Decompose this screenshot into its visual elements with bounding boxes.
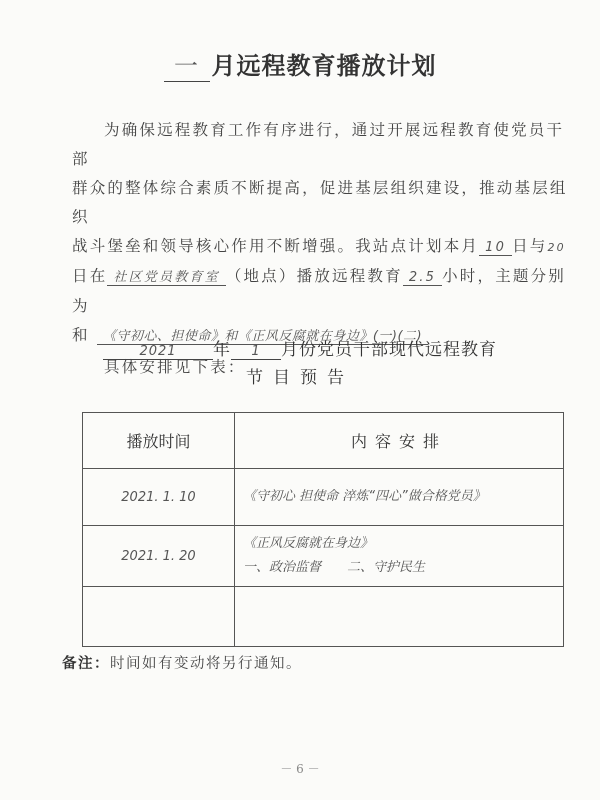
- paragraph-line-3: 战斗堡垒和领导核心作用不断增强。我站点计划本月10日与20: [72, 232, 572, 262]
- header-content: 内容安排: [235, 413, 564, 469]
- title-month-blank: 一: [164, 46, 210, 82]
- paragraph-line-2: 群众的整体综合素质不断提高，促进基层组织建设，推动基层组织: [72, 174, 572, 232]
- schedule-subtitle: 节目预告: [0, 363, 600, 388]
- year-value: 2021: [103, 344, 213, 360]
- row-content-line-2: 一、政治监督 二、守护民生: [243, 556, 555, 580]
- paragraph-line-4: 日在社区党员教育室（地点）播放远程教育2.5小时，主题分别为: [72, 262, 572, 321]
- note-text: 时间如有变动将另行通知。: [110, 656, 302, 672]
- table-header-row: 播放时间 内容安排: [83, 413, 564, 469]
- year-suffix: 年: [213, 340, 231, 360]
- month-value: 1: [231, 344, 281, 360]
- header-play-time: 播放时间: [83, 413, 235, 469]
- footnote: 备注：时间如有变动将另行通知。: [62, 652, 302, 673]
- line4-prefix: 日在: [72, 267, 107, 285]
- month-suffix: 月份党员干部现代远程教育: [281, 340, 497, 360]
- page-title: 一月远程教育播放计划: [0, 46, 600, 82]
- row-date: 2021. 1. 10: [83, 469, 235, 526]
- title-text: 月远程教育播放计划: [212, 52, 437, 80]
- row-content: 《守初心 担使命 淬炼“四心”做合格党员》: [235, 469, 564, 526]
- schedule-table: 播放时间 内容安排 2021. 1. 10 《守初心 担使命 淬炼“四心”做合格…: [82, 412, 564, 647]
- row-date: [83, 587, 235, 647]
- hours-value: 2.5: [403, 270, 442, 286]
- location-value: 社区党员教育室: [107, 270, 225, 286]
- line4-mid: （地点）播放远程教育: [226, 267, 403, 285]
- note-label: 备注：: [62, 656, 110, 672]
- row-content-line-1: 《正风反腐就在身边》: [243, 532, 555, 556]
- schedule-heading: 2021年1月份党员干部现代远程教育: [0, 335, 600, 360]
- table-row: [83, 587, 564, 647]
- day-1-value: 10: [479, 240, 512, 256]
- document-page: 一月远程教育播放计划 为确保远程教育工作有序进行，通过开展远程教育使党员干部 群…: [0, 0, 600, 800]
- line3-prefix: 战斗堡垒和领导核心作用不断增强。我站点计划本月: [72, 237, 479, 255]
- row-content: 《正风反腐就在身边》 一、政治监督 二、守护民生: [235, 526, 564, 587]
- row-date: 2021. 1. 20: [83, 526, 235, 587]
- table-row: 2021. 1. 20 《正风反腐就在身边》 一、政治监督 二、守护民生: [83, 526, 564, 587]
- row-content: [235, 587, 564, 647]
- day-2-value: 20: [547, 241, 565, 254]
- table-row: 2021. 1. 10 《守初心 担使命 淬炼“四心”做合格党员》: [83, 469, 564, 526]
- row-content-line-1: 《守初心 担使命 淬炼“四心”做合格党员》: [243, 485, 555, 509]
- line3-mid: 日与: [512, 237, 547, 255]
- paragraph-line-1: 为确保远程教育工作有序进行，通过开展远程教育使党员干部: [72, 116, 572, 174]
- page-number: － 6 －: [0, 760, 600, 777]
